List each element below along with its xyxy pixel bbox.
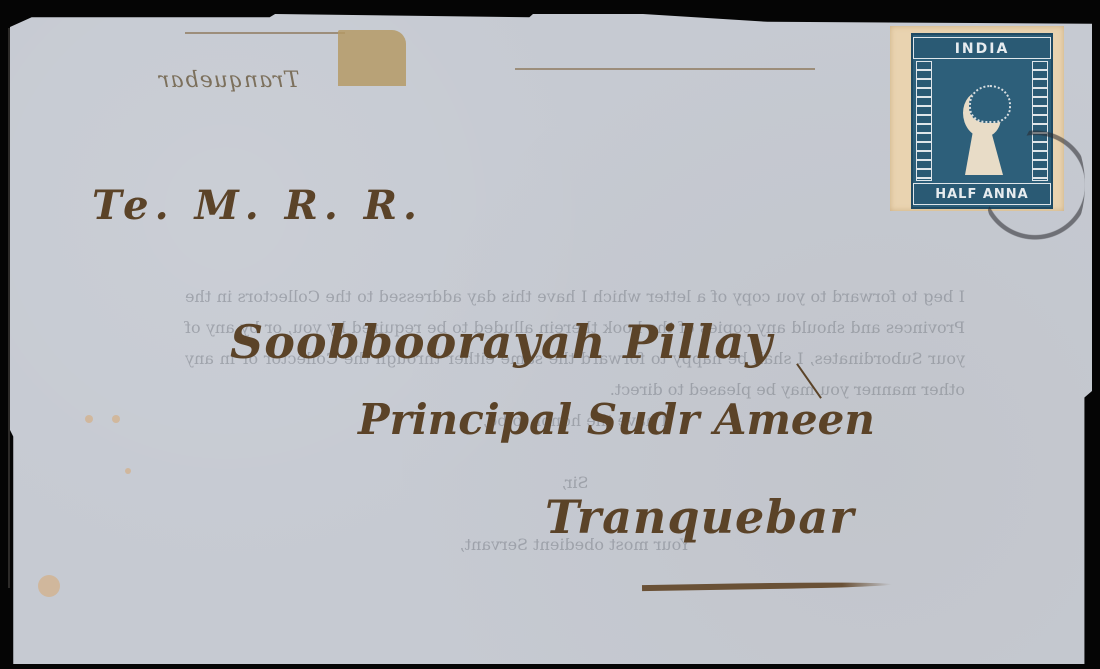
foxing-stain [38, 575, 60, 597]
adhesive-tape-stain [338, 30, 406, 86]
queen-portrait-icon [955, 79, 1011, 177]
foxing-stain [112, 415, 120, 423]
stamp-side-ornament [916, 61, 932, 181]
foxing-stain [125, 468, 131, 474]
tear-line [515, 68, 815, 70]
addressee-place: Tranquebar [545, 490, 854, 544]
left-fold-edge [8, 28, 10, 588]
addressee-title: Principal Sudr Ameen [358, 395, 875, 444]
stamp-country-label: INDIA [913, 37, 1051, 59]
tear-line [185, 32, 345, 34]
mirrored-docket-text: Tranquebar [158, 68, 299, 93]
addressee-name: Soobboorayah Pillay [230, 315, 773, 369]
foxing-stain [85, 415, 93, 423]
salutation-initials: Te. M. R. R. [92, 182, 423, 229]
